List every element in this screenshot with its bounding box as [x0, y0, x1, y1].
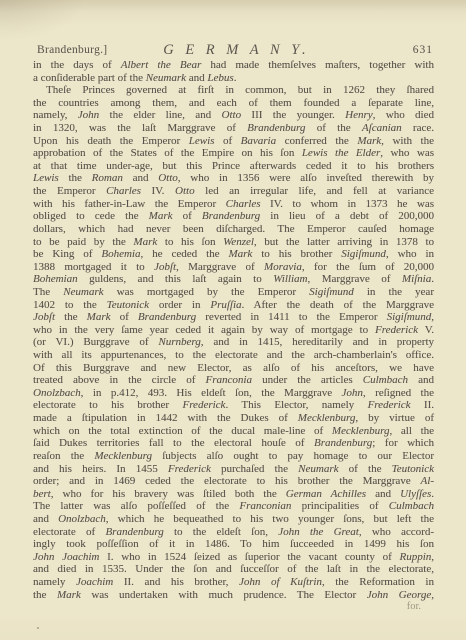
catchword: for. [33, 601, 434, 613]
text-line: namely Joachim II. and his brother, John… [33, 576, 434, 589]
text-line: at that time under-age, but this Prince … [33, 160, 434, 173]
text-line: 1388 mortgaged it to Jobſt, Marggrave of… [33, 261, 434, 274]
page-number: 631 [413, 44, 433, 56]
text-line: with his father-in-Law the Emperor Charl… [33, 198, 434, 211]
text-line: Jobſt the Mark of Brandenburg reverted i… [33, 311, 434, 324]
text-line: ſaid Dukes territories fall to the elect… [33, 437, 434, 450]
text-line: namely, John the elder line, and Otto II… [33, 109, 434, 122]
text-line: and Onolzbach, which he bequeathed to hi… [33, 513, 434, 526]
running-head-title: G E R M A N Y. [163, 42, 309, 59]
text-line: electorate to his brother Frederick. Thi… [33, 399, 434, 412]
text-line: in 1320, was the laſt Marggrave of Brand… [33, 122, 434, 135]
running-head-section: Brandenburg.] [37, 44, 107, 56]
text-line: Theſe Princes governed at firſt in commo… [33, 84, 434, 97]
text-line: obliged to cede the Mark of Brandenburg … [33, 210, 434, 223]
text-line: reaſon the Mecklenburg ſubjects alſo oug… [33, 450, 434, 463]
text-line: in the days of Albert the Bear had made … [33, 59, 434, 72]
text-line: which on the total extinction of the duc… [33, 425, 434, 438]
page-header: Brandenburg.] G E R M A N Y. 631 [33, 42, 434, 59]
paper-speck [37, 627, 39, 629]
text-line: dollars, which had never been diſcharged… [33, 223, 434, 236]
text-line: made a ſtipulation in 1442 with the Duke… [33, 412, 434, 425]
text-line: Onolzbach, in p.412, 493. His eldeſt ſon… [33, 387, 434, 400]
text-line: ingly took poſſeſſion of it in 1486. To … [33, 538, 434, 551]
text-line: who in the very ſame year ceded it again… [33, 324, 434, 337]
text-line: approbation of the States of the Empire … [33, 147, 434, 160]
text-line: be King of Bohemia, he ceded the Mark to… [33, 248, 434, 261]
text-line: and died in 1535. Under the ſon and ſucc… [33, 563, 434, 576]
text-line: and his heirs. In 1455 Frederick purchaſ… [33, 463, 434, 476]
text-line: with all its appurtenances, to the elect… [33, 349, 434, 362]
text-line: to be paid by the Mark to his ſon Wenzel… [33, 236, 434, 249]
text-line: the Mark was undertaken with much pruden… [33, 589, 434, 602]
text-line: (or VI.) Burggrave of Nurnberg, and in 1… [33, 336, 434, 349]
text-line: 1402 to the Teutonick order in Pruſſia. … [33, 299, 434, 312]
text-line: The latter was alſo poſſeſſed of the Fra… [33, 500, 434, 513]
text-line: Upon his death the Emperor Lewis of Bava… [33, 135, 434, 148]
text-line: Lewis the Roman and Otto, who in 1356 we… [33, 172, 434, 185]
text-line: bert, who for his bravery was ſtiled bot… [33, 488, 434, 501]
text-line: a conſiderable part of the Neumark and L… [33, 72, 434, 85]
text-line: order; and in 1469 ceded the electorate … [33, 475, 434, 488]
book-page: Brandenburg.] G E R M A N Y. 631 in the … [0, 0, 466, 640]
text-line: treated above in the circle of Franconia… [33, 374, 434, 387]
text-line: John Joachim I. who in 1524 ſeized as ſu… [33, 551, 434, 564]
body-text: in the days of Albert the Bear had made … [33, 59, 434, 613]
text-line: electorate of Brandenburg to the eldeſt … [33, 526, 434, 539]
text-line: the Emperor Charles IV. Otto led an irre… [33, 185, 434, 198]
text-line: The Neumark was mortgaged by the Emperor… [33, 286, 434, 299]
text-line: the countries among them, and each of th… [33, 97, 434, 110]
text-line: Of this Burggrave and new Elector, as al… [33, 362, 434, 375]
text-line: Bohemian guldens, and this laſt again to… [33, 273, 434, 286]
